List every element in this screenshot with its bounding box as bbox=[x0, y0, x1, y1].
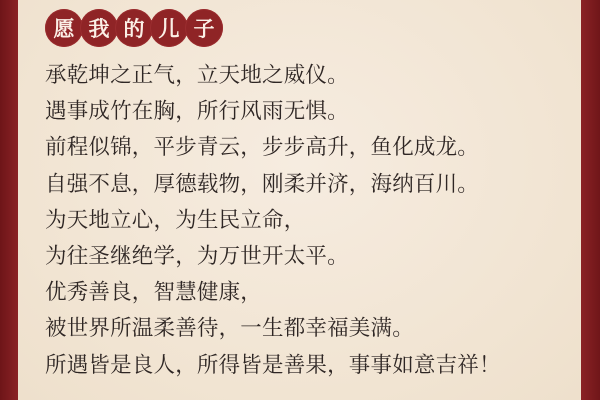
blessing-text: 承乾坤之正气，立天地之威仪。 遇事成竹在胸，所行风雨无惧。 前程似锦，平步青云，… bbox=[45, 58, 501, 384]
text-line: 为天地立心，为生民立命， bbox=[45, 203, 501, 239]
text-line: 被世界所温柔善待，一生都幸福美满。 bbox=[45, 311, 501, 347]
title-char-circle: 愿 bbox=[45, 9, 83, 47]
paper-card: 愿 我 的 儿 子 承乾坤之正气，立天地之威仪。 遇事成竹在胸，所行风雨无惧。 … bbox=[18, 0, 581, 400]
text-line: 所遇皆是良人，所得皆是善果，事事如意吉祥！ bbox=[45, 348, 501, 384]
text-line: 为往圣继绝学，为万世开太平。 bbox=[45, 239, 501, 275]
text-line: 自强不息，厚德载物，刚柔并济，海纳百川。 bbox=[45, 167, 501, 203]
frame-left-border bbox=[0, 0, 18, 400]
title-char-circle: 子 bbox=[185, 9, 223, 47]
title-char-circle: 儿 bbox=[150, 9, 188, 47]
title-char-circle: 的 bbox=[115, 9, 153, 47]
text-line: 优秀善良，智慧健康， bbox=[45, 275, 501, 311]
frame-right-border bbox=[581, 0, 600, 400]
text-line: 承乾坤之正气，立天地之威仪。 bbox=[45, 58, 501, 94]
title-badge-row: 愿 我 的 儿 子 bbox=[45, 9, 220, 47]
text-line: 遇事成竹在胸，所行风雨无惧。 bbox=[45, 94, 501, 130]
title-char-circle: 我 bbox=[80, 9, 118, 47]
text-line: 前程似锦，平步青云，步步高升，鱼化成龙。 bbox=[45, 130, 501, 166]
